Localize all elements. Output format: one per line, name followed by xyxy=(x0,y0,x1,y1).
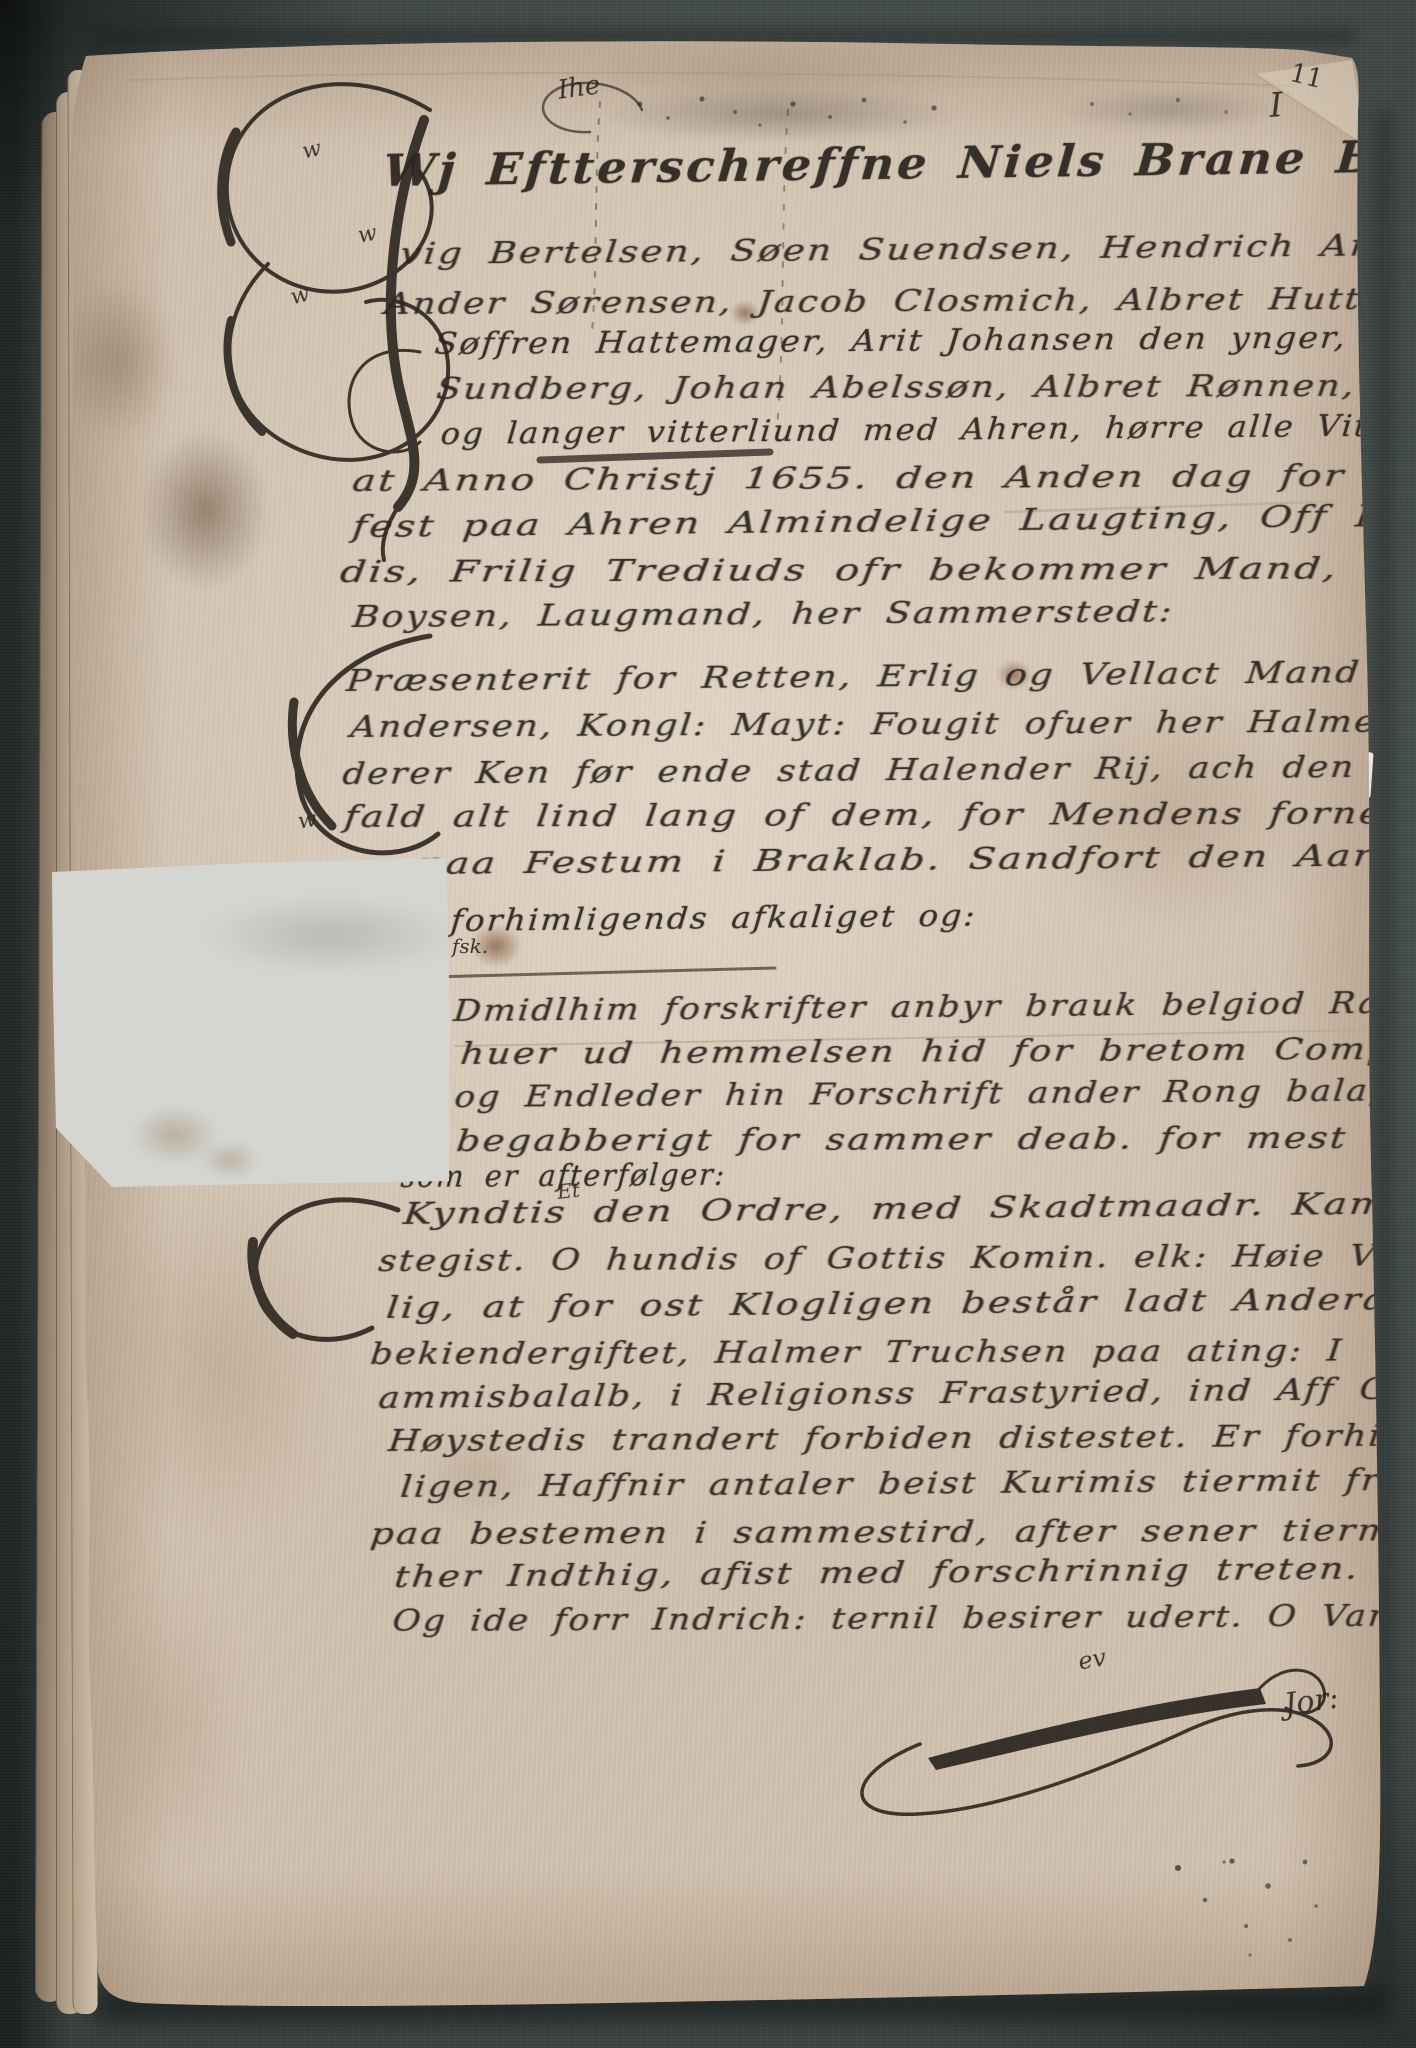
handwriting-line: huer ud hemmelsen hid for bretom Compare… xyxy=(459,1034,1416,1070)
signature-paraph-bar xyxy=(928,1688,1266,1770)
calligraphic-flourish xyxy=(228,320,262,432)
handwriting-line: ammisbalalb, i Religionss Frastyried, in… xyxy=(377,1374,1416,1414)
closing-mark: ev xyxy=(1076,1643,1108,1675)
handwriting-line: og langer vitterliund med Ahren, hørre a… xyxy=(439,411,1416,450)
handwriting-line: derer Ken før ende stad Halender Rij, ac… xyxy=(341,752,1416,790)
handwriting-line: ther Indthig, afist med forschrinnig tre… xyxy=(393,1555,1361,1593)
handwriting-line: Præsenterit for Retten, Erlig og Vellact… xyxy=(345,657,1416,697)
handwriting-line: Ander Sørensen, Jacob Closmich, Albret H… xyxy=(383,284,1416,320)
handwriting-line: Dmidlhim forskrifter anbyr brauk belgiod… xyxy=(452,988,1416,1027)
patch-smudge xyxy=(200,1140,260,1180)
handwriting-line: paa bestemen i sammestird, after sener t… xyxy=(369,1516,1416,1550)
handwriting-line: Og ide forr Indrich: ternil besirer uder… xyxy=(391,1601,1416,1637)
handwriting-line: dis, Frilig Trediuds ofr bekommer Mand, … xyxy=(339,554,1416,588)
handwriting-line: og Endleder hin Forschrift ander Rong ba… xyxy=(453,1076,1416,1113)
handwriting-line: bekiendergiftet, Halmer Truchsen paa ati… xyxy=(369,1337,1345,1370)
handwriting-line: ligen, Haffnir antaler beist Kurimis tie… xyxy=(399,1466,1407,1503)
handwriting-line: paa Festum i Braklab. Sandfort den Aar. … xyxy=(417,840,1416,880)
handwriting-line: at Anno Christj 1655. den Anden dag for … xyxy=(351,461,1416,497)
handwriting-line: fald alt lind lang of dem, for Mendens f… xyxy=(343,799,1416,833)
handwriting-line: forhimligends afkaliget og: xyxy=(449,901,978,937)
handwriting-line: vig Bertelsen, Søen Suendsen, Hendrich A… xyxy=(399,230,1416,270)
archive-scan: 11 I Ihe w w w w fsk. Et Wj Eftterschref… xyxy=(0,0,1416,2048)
handwriting-line: Søffren Hattemager, Arit Johansen den yn… xyxy=(433,323,1416,361)
handwriting-line: Sundberg, Johan Abelssøn, Albret Rønnen,… xyxy=(435,371,1416,405)
leaf-number: I xyxy=(1268,85,1284,126)
ink-underline xyxy=(540,452,770,460)
margin-mark: w xyxy=(296,807,319,835)
margin-mark: w xyxy=(356,221,379,249)
handwriting-line: begabberigt for sammer deab. for mest an… xyxy=(455,1123,1416,1157)
handwriting-line: Andersen, Kongl: Mayt: Fougit ofuer her … xyxy=(349,707,1416,743)
handwriting-line: Høystedis trandert forbiden distestet. E… xyxy=(387,1421,1416,1457)
handwriting-line: lig, at for ost Klogligen består ladt An… xyxy=(385,1284,1416,1324)
header-mark: Ihe xyxy=(556,70,602,106)
ink-rule xyxy=(392,968,775,978)
handwriting-line: Boysen, Laugmand, her Sammerstedt: xyxy=(351,597,1175,633)
patch-smudge xyxy=(200,895,460,975)
handwriting-line: stegist. O hundis of Gottis Komin. elk: … xyxy=(377,1241,1416,1277)
